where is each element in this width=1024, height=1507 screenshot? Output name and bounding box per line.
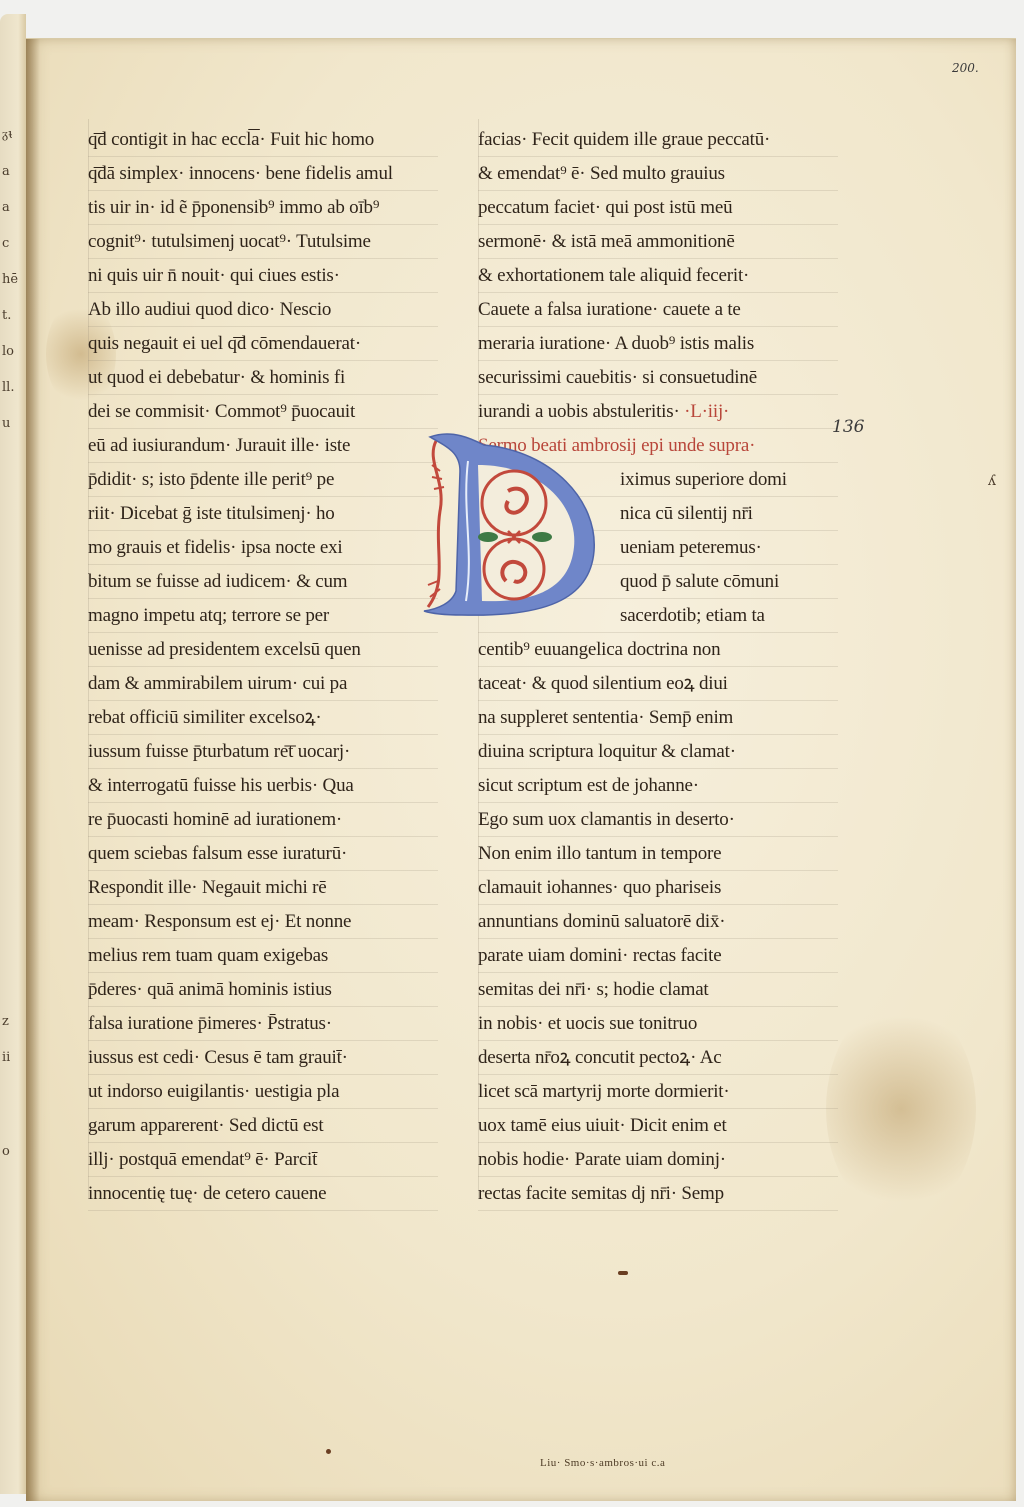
facing-page-fragment: hē [2, 272, 18, 287]
decorated-initial-d-icon [422, 431, 608, 619]
facing-page-fragment: ll. [2, 380, 14, 395]
text-line: meam· Responsum est ej· Et nonne [88, 905, 438, 939]
facing-page-fragment: a [2, 200, 10, 215]
stain [826, 999, 976, 1219]
text-line: securissimi cauebitis· si consuetudinē [478, 361, 838, 395]
ink-mark [326, 1449, 331, 1454]
text-column-right: facias· Fecit quidem ille graue peccatū·… [478, 123, 838, 1211]
gutter-shadow [26, 39, 40, 1501]
text-line: taceat· & quod silentium eoꝝ diui [478, 667, 838, 701]
text-line: riit· Dicebat ḡ iste titulsimenj· ho [88, 497, 438, 531]
text-line: mo grauis et fidelis· ipsa nocte exi [88, 531, 438, 565]
text-line: sermonē· & istā meā ammonitionē [478, 225, 838, 259]
text-line: tis uir in· id ẽ p̄ponensib⁹ immo ab oīb… [88, 191, 438, 225]
text-line: p̄deres· quā animā hominis istius [88, 973, 438, 1007]
text-line: annuntians dominū saluatorē dix̄· [478, 905, 838, 939]
facing-page-fragment: u [2, 416, 10, 431]
facing-page-fragment: ii [2, 1050, 10, 1065]
text-line: nobis hodie· Parate uiam dominj· [478, 1143, 838, 1177]
text-line: diuina scriptura loquitur & clamat· [478, 735, 838, 769]
text-line: Respondit ille· Negauit michi rē [88, 871, 438, 905]
text-line: & emendat⁹ ē· Sed multo grauius [478, 157, 838, 191]
text-line: peccatum faciet· qui post istū meū [478, 191, 838, 225]
edge-mark: ʎ [988, 473, 996, 489]
text-line: meraria iuratione· A duob⁹ istis malis [478, 327, 838, 361]
text-line: ut indorso euigilantis· uestigia pla [88, 1075, 438, 1109]
text-line: iussus est cedi· Cesus ē tam grauit̄· [88, 1041, 438, 1075]
text-line: bitum se fuisse ad iudicem· & cum [88, 565, 438, 599]
text-line: garum apparerent· Sed dictū est [88, 1109, 438, 1143]
text-line: ut quod ei debebatur· & hominis fi [88, 361, 438, 395]
text-line: p̄didit· s; isto p̄dente ille perit⁹ pe [88, 463, 438, 497]
facing-page-fragment: o [2, 1144, 10, 1159]
facing-page-fragment: z [2, 1014, 9, 1029]
text-line: in nobis· et uocis sue tonitruo [478, 1007, 838, 1041]
text-line: semitas dei nr̄i· s; hodie clamat [478, 973, 838, 1007]
text-line: licet scā martyrij morte dormierit· [478, 1075, 838, 1109]
text-line: innocentię tuę· de cetero cauene [88, 1177, 438, 1211]
facing-page-fragment: t. [2, 308, 11, 323]
text-segment: iurandi a uobis abstuleritis· [478, 401, 680, 422]
text-line: uenisse ad presidentem excelsū quen [88, 633, 438, 667]
facing-page-fragment: ᵹᵼ [2, 126, 13, 142]
folio-number: 200. [952, 61, 979, 75]
text-line: ni quis uir n̄ nouit· qui ciues estis· [88, 259, 438, 293]
text-line: uox tamē eius uiuit· Dicit enim et [478, 1109, 838, 1143]
text-line: Ab illo audiui quod dico· Nescio [88, 293, 438, 327]
text-line: rectas facite semitas dj nr̄i· Semp [478, 1177, 838, 1211]
text-line: dei se commisit· Commot⁹ p̄uocauit [88, 395, 438, 429]
text-line: cognit⁹· tutulsimenj uocat⁹· Tutulsime [88, 225, 438, 259]
text-column-left: q͞d contigit in hac eccl͞a· Fuit hic hom… [88, 123, 438, 1211]
ink-mark [618, 1271, 628, 1275]
text-line: sicut scriptum est de johanne· [478, 769, 838, 803]
text-line: deserta nr̄oꝝ concutit pectoꝝ· Ac [478, 1041, 838, 1075]
text-line: facias· Fecit quidem ille graue peccatū· [478, 123, 838, 157]
text-line: clamauit iohannes· quo phariseis [478, 871, 838, 905]
text-line: Ego sum uox clamantis in deserto· [478, 803, 838, 837]
text-line: quis negauit ei uel q͞d cōmendauerat· [88, 327, 438, 361]
text-line: re p̄uocasti hominē ad iurationem· [88, 803, 438, 837]
text-line: dam & ammirabilem uirum· cui pa [88, 667, 438, 701]
text-line: quem sciebas falsum esse iuraturū· [88, 837, 438, 871]
manuscript-folio: 200. q͞d contigit in hac eccl͞a· Fuit hi… [26, 38, 1016, 1501]
facing-page-fragment: c [2, 236, 9, 251]
facing-page-fragment: lo [2, 344, 14, 359]
facing-page-fragment: a [2, 164, 10, 179]
text-line: illj· postquā emendat⁹ ē· Parcit̄ [88, 1143, 438, 1177]
text-line: & exhortationem tale aliquid fecerit· [478, 259, 838, 293]
text-line: q͞d contigit in hac eccl͞a· Fuit hic hom… [88, 123, 438, 157]
facing-page-edge: ᵹᵼ a a c hē t. lo ll. u z ii o [0, 14, 26, 1494]
text-line-with-rubric: iurandi a uobis abstuleritis· ·L·iij· [478, 395, 838, 429]
text-line: na suppleret sententia· Semp̄ enim [478, 701, 838, 735]
rubric-chapter-number: ·L·iij· [684, 401, 729, 422]
text-line: rebat officiū similiter excelsoꝝ· [88, 701, 438, 735]
bottom-inscription: Liu· Smo·s·ambros·ui c.a [540, 1457, 665, 1469]
text-line: Cauete a falsa iuratione· cauete a te [478, 293, 838, 327]
text-line: melius rem tuam quam exigebas [88, 939, 438, 973]
marginal-annotation: 136 [832, 417, 864, 437]
text-line: & interrogatū fuisse his uerbis· Qua [88, 769, 438, 803]
text-line: parate uiam domini· rectas facite [478, 939, 838, 973]
text-line: q͞dā simplex· innocens· bene fidelis amu… [88, 157, 438, 191]
text-line: Non enim illo tantum in tempore [478, 837, 838, 871]
text-line: magno impetu atq; terrore se per [88, 599, 438, 633]
text-line: iussum fuisse p̄turbatum re͞t uocarj· [88, 735, 438, 769]
text-line: centib⁹ euuangelica doctrina non [478, 633, 838, 667]
text-line: eū ad iusiurandum· Jurauit ille· iste [88, 429, 438, 463]
text-line: falsa iuratione p̄imeres· P̄stratus· [88, 1007, 438, 1041]
